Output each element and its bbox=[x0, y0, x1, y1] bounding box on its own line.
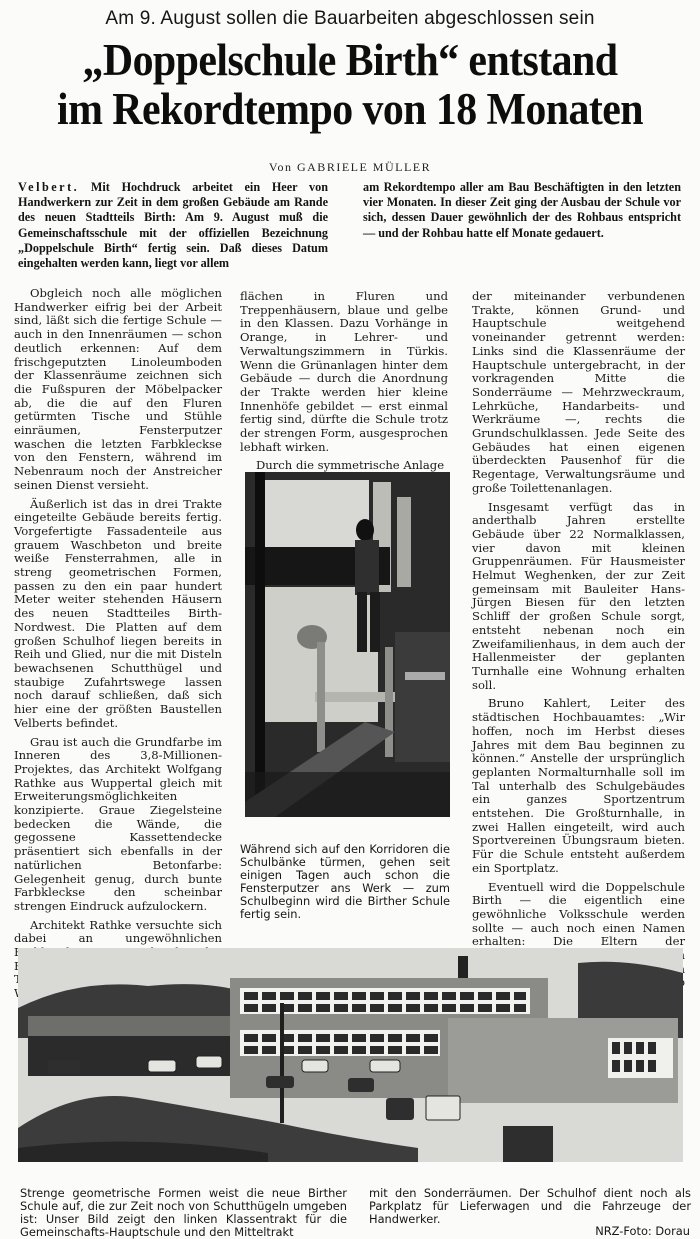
headline-line-2: im Rekordtempo von 18 Monaten bbox=[25, 85, 676, 134]
headline-line-1: „Doppelschule Birth“ entstand bbox=[25, 36, 676, 85]
photo-school-building bbox=[18, 948, 683, 1162]
dateline-place: Velbert. bbox=[18, 180, 79, 194]
photo1-caption: Während sich auf den Korridoren die Schu… bbox=[240, 843, 450, 921]
lead-paragraph-right: am Rekordtempo aller am Bau Beschäftigte… bbox=[363, 180, 681, 241]
body-column-1: Obgleich noch alle möglichen Handwerker … bbox=[14, 287, 222, 1006]
paragraph: Obgleich noch alle möglichen Handwerker … bbox=[14, 287, 222, 493]
paragraph: Insgesamt verfügt das in anderthalb Jahr… bbox=[472, 501, 685, 693]
paragraph: Grau ist auch die Grundfarbe im Inneren … bbox=[14, 736, 222, 914]
photo-window-cleaner bbox=[245, 472, 450, 817]
headline: „Doppelschule Birth“ entstand im Rekordt… bbox=[25, 36, 676, 134]
paragraph: flächen in Fluren und Treppenhäusern, bl… bbox=[240, 290, 448, 454]
kicker-subheadline: Am 9. August sollen die Bauarbeiten abge… bbox=[0, 8, 700, 30]
body-column-3: der miteinander verbundenen Trakte, könn… bbox=[472, 290, 685, 1009]
photo2-caption-left: Strenge geometrische Formen weist die ne… bbox=[20, 1187, 347, 1239]
photo2-caption-right: mit den Sonderräumen. Der Schulhof dient… bbox=[369, 1187, 691, 1226]
paragraph: der miteinander verbundenen Trakte, könn… bbox=[472, 290, 685, 496]
body-column-2: flächen in Fluren und Treppenhäusern, bl… bbox=[240, 290, 448, 478]
lead-paragraph-left: Velbert. Mit Hochdruck arbeitet ein Heer… bbox=[18, 180, 328, 271]
byline: Von GABRIELE MÜLLER bbox=[0, 160, 700, 175]
paragraph: Bruno Kahlert, Leiter des städtischen Ho… bbox=[472, 697, 685, 875]
paragraph: Äußerlich ist das in drei Trakte eingete… bbox=[14, 498, 222, 731]
photo-school-building-icon bbox=[18, 948, 683, 1162]
photo-credit: NRZ-Foto: Dorau bbox=[595, 1224, 690, 1238]
photo-window-cleaner-icon bbox=[245, 472, 450, 817]
